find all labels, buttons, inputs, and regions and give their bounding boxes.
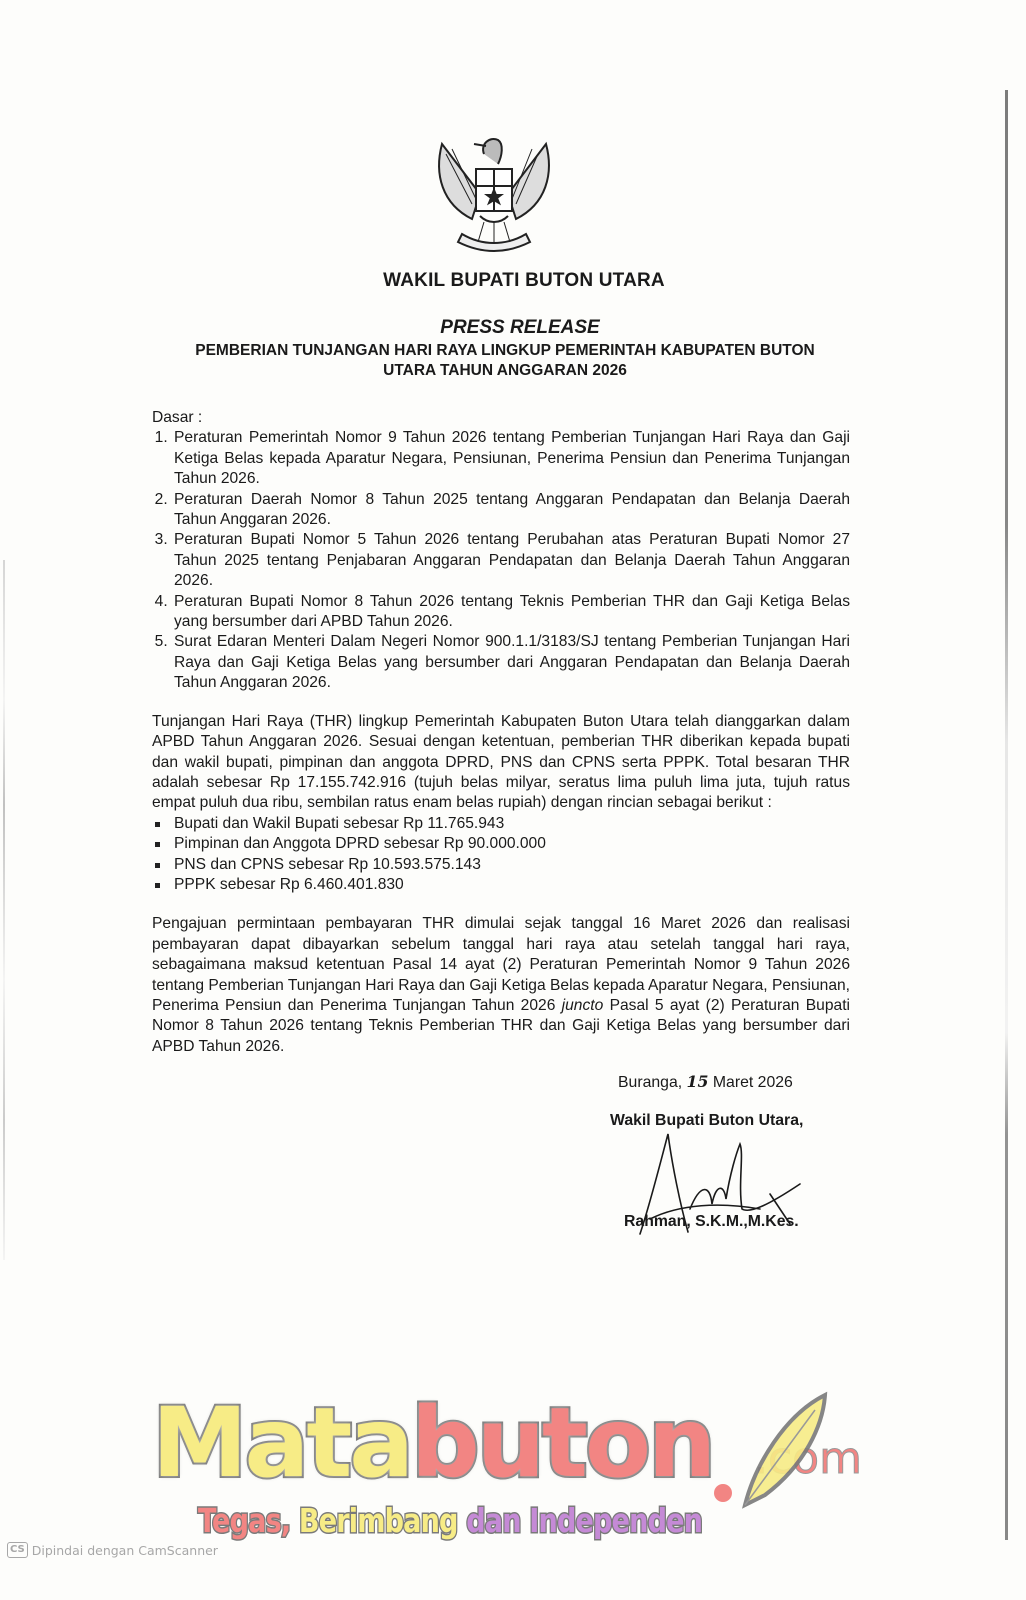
document-body: Dasar : Peraturan Pemerintah Nomor 9 Tah… bbox=[152, 408, 850, 1057]
tagline-berimbang: Berimbang bbox=[299, 1501, 458, 1540]
breakdown-item: Pimpinan dan Anggota DPRD sebesar Rp 90.… bbox=[174, 834, 850, 854]
matabuton-watermark: Matabuton .com Tegas, Berimbang dan Inde… bbox=[150, 1385, 870, 1555]
breakdown-item: Bupati dan Wakil Bupati sebesar Rp 11.76… bbox=[174, 814, 850, 834]
signature-block: Buranga, 15 Maret 2026 Wakil Bupati Buto… bbox=[610, 1072, 850, 1130]
signatory-name: Rahman, S.K.M.,M.Kes. bbox=[624, 1213, 799, 1231]
watermark-brand: Matabuton bbox=[152, 1387, 713, 1499]
thr-summary-paragraph: Tunjangan Hari Raya (THR) lingkup Pemeri… bbox=[152, 712, 850, 814]
basis-label: Dasar : bbox=[152, 408, 850, 428]
quill-feather-icon bbox=[705, 1385, 845, 1525]
basis-item: Peraturan Pemerintah Nomor 9 Tahun 2026 … bbox=[172, 428, 850, 489]
tagline-independen: Independen bbox=[529, 1501, 702, 1540]
basis-item: Peraturan Daerah Nomor 8 Tahun 2025 tent… bbox=[172, 490, 850, 531]
watermark-tagline: Tegas, Berimbang dan Independen bbox=[198, 1501, 702, 1540]
basis-list: Peraturan Pemerintah Nomor 9 Tahun 2026 … bbox=[152, 428, 850, 693]
tagline-dan: dan bbox=[466, 1501, 520, 1540]
place-date: Buranga, 15 Maret 2026 bbox=[618, 1072, 850, 1092]
breakdown-item: PPPK sebesar Rp 6.460.401.830 bbox=[174, 875, 850, 895]
tagline-tegas: Tegas, bbox=[198, 1501, 290, 1540]
brand-buton: buton bbox=[411, 1387, 713, 1499]
basis-item: Peraturan Bupati Nomor 5 Tahun 2026 tent… bbox=[172, 530, 850, 591]
scan-edge-right bbox=[1005, 90, 1008, 1540]
garuda-emblem-icon bbox=[432, 124, 556, 262]
date-month-year: Maret 2026 bbox=[713, 1074, 793, 1091]
place: Buranga, bbox=[618, 1074, 682, 1091]
camscanner-text: Dipindai dengan CamScanner bbox=[32, 1543, 218, 1558]
press-release-page: WAKIL BUPATI BUTON UTARA PRESS RELEASE P… bbox=[0, 0, 1026, 1600]
basis-item: Surat Edaran Menteri Dalam Negeri Nomor … bbox=[172, 632, 850, 693]
breakdown-item: PNS dan CPNS sebesar Rp 10.593.575.143 bbox=[174, 855, 850, 875]
scan-edge-left bbox=[3, 560, 5, 1260]
payment-schedule-paragraph: Pengajuan permintaan pembayaran THR dimu… bbox=[152, 914, 850, 1057]
camscanner-logo-icon: CS bbox=[7, 1542, 28, 1558]
document-type: PRESS RELEASE bbox=[0, 317, 1026, 339]
paragraph-italic-term: juncto bbox=[562, 997, 604, 1014]
brand-mata: Mata bbox=[152, 1387, 411, 1499]
camscanner-footer: CS Dipindai dengan CamScanner bbox=[7, 1542, 218, 1558]
document-subject: PEMBERIAN TUNJANGAN HARI RAYA LINGKUP PE… bbox=[175, 341, 835, 381]
thr-breakdown-list: Bupati dan Wakil Bupati sebesar Rp 11.76… bbox=[152, 814, 850, 896]
office-title: WAKIL BUPATI BUTON UTARA bbox=[0, 270, 1026, 292]
date-day: 15 bbox=[687, 1072, 709, 1091]
basis-item: Peraturan Bupati Nomor 8 Tahun 2026 tent… bbox=[172, 592, 850, 633]
